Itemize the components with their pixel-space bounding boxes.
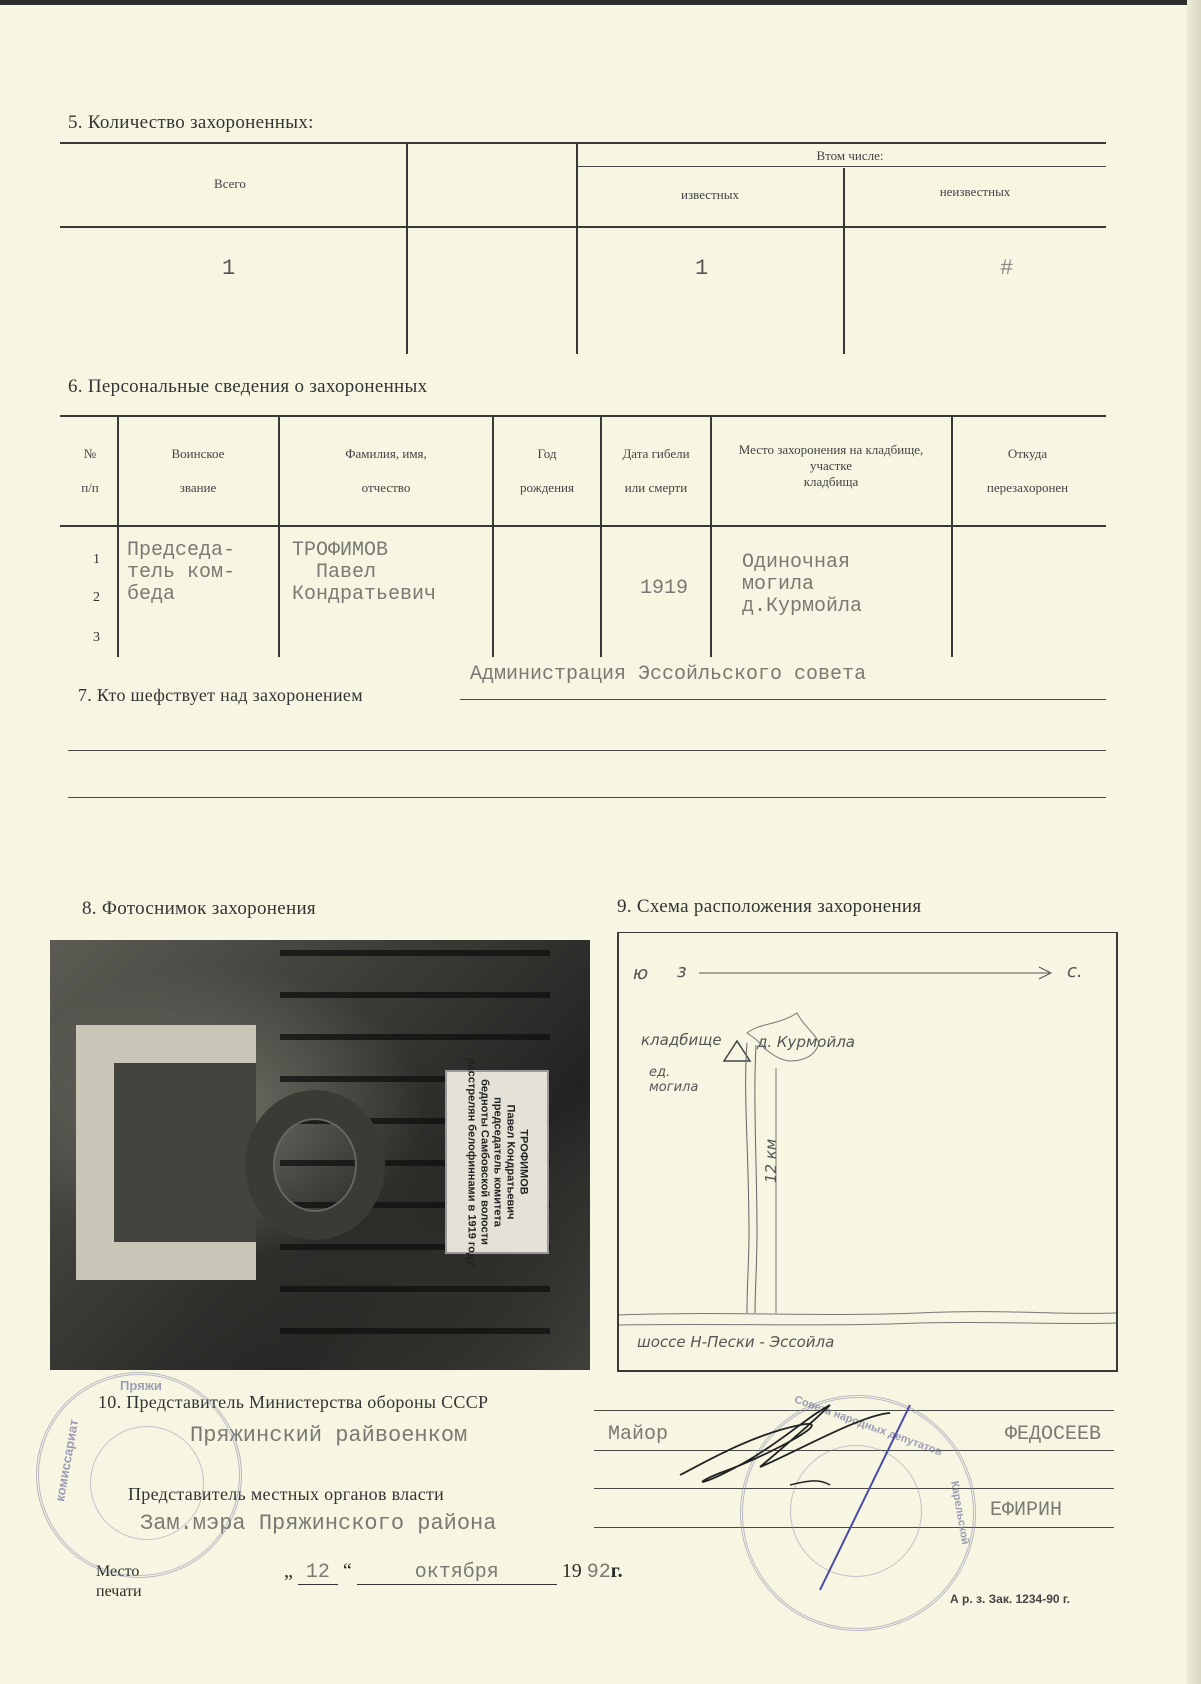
left-stamp-text-top: Пряжи xyxy=(120,1378,162,1393)
scheme-label-single-grave: ед. могила xyxy=(649,1065,709,1095)
col-header-line1: Воинское xyxy=(120,446,276,462)
table6-divider xyxy=(278,417,280,657)
col-header-line1: Место захоронения на кладбище, участке xyxy=(726,442,936,474)
section9-title: 9. Схема расположения захоронения xyxy=(617,896,921,918)
col-header-line1: Год xyxy=(494,446,600,462)
local-signatory-name: ЕФИРИН xyxy=(990,1500,1062,1522)
mod-signatory-name: ФЕДОСЕЕВ xyxy=(1005,1424,1101,1446)
header-including: Втом числе: xyxy=(760,148,940,164)
scan-edge-top xyxy=(0,0,1201,5)
col-header-line2: кладбища xyxy=(726,474,936,490)
date-year-prefix: 19 xyxy=(562,1560,582,1582)
col-header-rank: Воинское звание xyxy=(120,446,276,496)
date-day: 12 xyxy=(298,1562,338,1585)
table5-divider xyxy=(576,144,578,354)
date-quote-open: „ xyxy=(284,1560,293,1582)
date-field: „ 12 “ октября 19 92г. xyxy=(284,1560,623,1585)
burial-photo: ТРОФИМОВ Павел Кондратьевич председатель… xyxy=(50,940,590,1370)
cell-burial-place: Одиночная могила д.Курмойла xyxy=(742,552,862,618)
col-header-number: № п/п xyxy=(70,446,110,496)
left-stamp-emblem xyxy=(90,1426,204,1540)
photo-grave-frame xyxy=(76,1025,256,1280)
cell-rank: Председа- тель ком- беда xyxy=(127,540,235,606)
signature-local-representative xyxy=(780,1400,980,1600)
section8-title: 8. Фотоснимок захоронения xyxy=(82,898,316,920)
col-header-line2: отчество xyxy=(282,480,490,496)
col-header-line1: Дата гибели xyxy=(602,446,710,462)
photo-plaque: ТРОФИМОВ Павел Кондратьевич председатель… xyxy=(445,1070,549,1254)
col-header-burial-place: Место захоронения на кладбище, участке к… xyxy=(726,442,936,490)
header-total: Всего xyxy=(170,176,290,192)
header-known: известных xyxy=(640,187,780,203)
col-header-line2: рождения xyxy=(494,480,600,496)
scan-edge-right xyxy=(1187,0,1201,1684)
scheme-label-south: ю xyxy=(633,963,648,984)
scheme-label-village: д. Курмойла xyxy=(757,1033,855,1051)
photo-wreath xyxy=(245,1090,385,1240)
col-header-line1: Фамилия, имя, xyxy=(282,446,490,462)
section5-title: 5. Количество захороненных: xyxy=(68,112,314,134)
table6-header-bottom-rule xyxy=(60,525,1106,527)
col-header-death-date: Дата гибели или смерти xyxy=(602,446,710,496)
location-scheme: ю з с. кладбище ед. могила д. Курмойла 1… xyxy=(617,932,1118,1372)
col-header-name: Фамилия, имя, отчество xyxy=(282,446,490,496)
col-header-line2: п/п xyxy=(70,480,110,496)
table5-divider xyxy=(406,144,408,354)
date-year-suffix: 92 xyxy=(587,1561,611,1584)
scheme-label-west: з xyxy=(677,961,687,982)
table6-divider xyxy=(117,417,119,657)
date-month: октября xyxy=(357,1562,557,1585)
row-number-2: 2 xyxy=(93,590,100,606)
header-unknown: неизвестных xyxy=(900,184,1050,200)
row-number-1: 1 xyxy=(93,552,100,568)
col-header-line2: перезахоронен xyxy=(955,480,1100,496)
mod-rank: Майор xyxy=(608,1424,668,1446)
row-number-3: 3 xyxy=(93,630,100,646)
date-quote-close: “ xyxy=(343,1560,352,1582)
col-header-reburied-from: Откуда перезахоронен xyxy=(955,446,1100,496)
cell-death-date: 1919 xyxy=(640,578,688,600)
scheme-label-north: с. xyxy=(1067,961,1083,982)
scheme-label-cemetery: кладбище xyxy=(641,1031,722,1049)
section7-line-1 xyxy=(460,699,1106,700)
table6-top-rule xyxy=(60,415,1106,417)
date-year-unit: г. xyxy=(611,1560,623,1582)
col-header-line1: № xyxy=(70,446,110,462)
col-header-birth-year: Год рождения xyxy=(494,446,600,496)
section7-line-2 xyxy=(68,750,1106,751)
scheme-label-road: шоссе Н-Пески - Эссойла xyxy=(637,1333,834,1351)
table6-divider xyxy=(951,417,953,657)
section7-line-3 xyxy=(68,797,1106,798)
section7-value: Администрация Эссойльского совета xyxy=(470,664,866,686)
section6-title: 6. Персональные сведения о захороненных xyxy=(68,376,427,398)
table6-divider xyxy=(710,417,712,657)
value-total: 1 xyxy=(222,256,235,281)
value-unknown: # xyxy=(1000,256,1013,281)
cell-name: ТРОФИМОВ Павел Кондратьевич xyxy=(292,540,436,606)
table5-subheader-rule xyxy=(576,166,1106,167)
value-known: 1 xyxy=(695,256,708,281)
table5-header-bottom-rule xyxy=(60,226,1106,228)
stamp-place-line2: печати xyxy=(96,1582,142,1602)
col-header-line2: звание xyxy=(120,480,276,496)
scheme-label-distance: 12 км xyxy=(762,1139,780,1183)
col-header-line1: Откуда xyxy=(955,446,1100,462)
plaque-text: ТРОФИМОВ Павел Кондратьевич председатель… xyxy=(465,1058,530,1266)
table5-divider xyxy=(843,168,845,354)
section7-label: 7. Кто шефствует над захоронением xyxy=(78,685,363,706)
scheme-drawing xyxy=(619,933,1116,1370)
table5-top-rule xyxy=(60,142,1106,144)
col-header-line2: или смерти xyxy=(602,480,710,496)
